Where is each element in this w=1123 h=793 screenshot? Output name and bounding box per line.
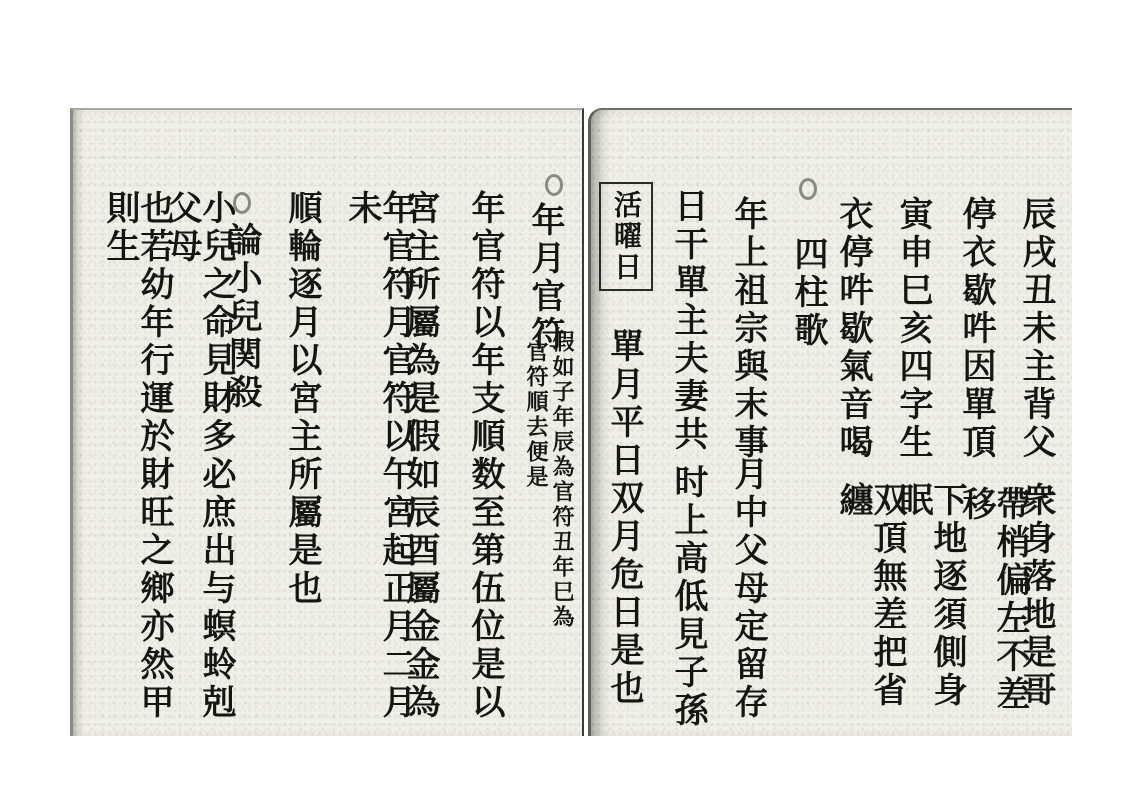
- verse-column-upper: 辰戌丑未主背父: [1019, 196, 1053, 462]
- right-page: 辰戌丑未主背父 衆身落地是哥 停衣歇吽因單頂 帶梢偏左不差移 寅申巳亥四字生 下…: [588, 108, 1072, 736]
- annotation-column-1: 假如子年辰為官符丑年巳為: [551, 330, 573, 630]
- verse-column-upper: 停衣歇吽因單頂: [959, 196, 993, 462]
- text-column: 順輪逐月以宮主所屬是也: [285, 190, 319, 608]
- section-heading-four-pillars: 四柱歌: [791, 236, 825, 350]
- text-column: 年官符以年支順数至第伍位是以: [468, 190, 502, 722]
- text-column: 小兒之命見財多必庶出与螟蛉剋父母: [165, 190, 233, 736]
- circle-mark-icon: [545, 174, 563, 196]
- verse-column-lower: 帶梢偏左不差移: [959, 486, 1027, 736]
- text-column: 年官符月官符以午宮起正月二月未: [345, 190, 413, 736]
- boxed-label-active-day: 活曜日: [599, 182, 653, 291]
- verse-column-upper: 寅申巳亥四字生: [896, 196, 930, 462]
- verse-column-lower: 时上高低見子孫: [671, 464, 705, 730]
- verse-column-upper: 日干單主夫妻共: [671, 188, 705, 454]
- verse-column-upper: 衣停吽歇氣音喝: [836, 196, 870, 462]
- verse-column-upper: 年上祖宗與末事: [731, 196, 765, 462]
- left-page: 年月官符 假如子年辰為官符丑年巳為 官符順去便是 年官符以年支順数至第伍位是以 …: [70, 108, 584, 736]
- text-column: 也若幼年行運於財旺之鄉亦然甲則生: [103, 190, 171, 736]
- text-column: 單月平日双月危日是也: [607, 328, 641, 708]
- annotation-column-2: 官符順去便是: [525, 340, 547, 490]
- verse-column-lower: 月中父母定留存: [731, 456, 765, 722]
- book-spread: 年月官符 假如子年辰為官符丑年巳為 官符順去便是 年官符以年支順数至第伍位是以 …: [70, 108, 1072, 738]
- verse-column-lower: 双頂無差把省纏: [836, 482, 904, 736]
- circle-mark-icon: [799, 178, 817, 200]
